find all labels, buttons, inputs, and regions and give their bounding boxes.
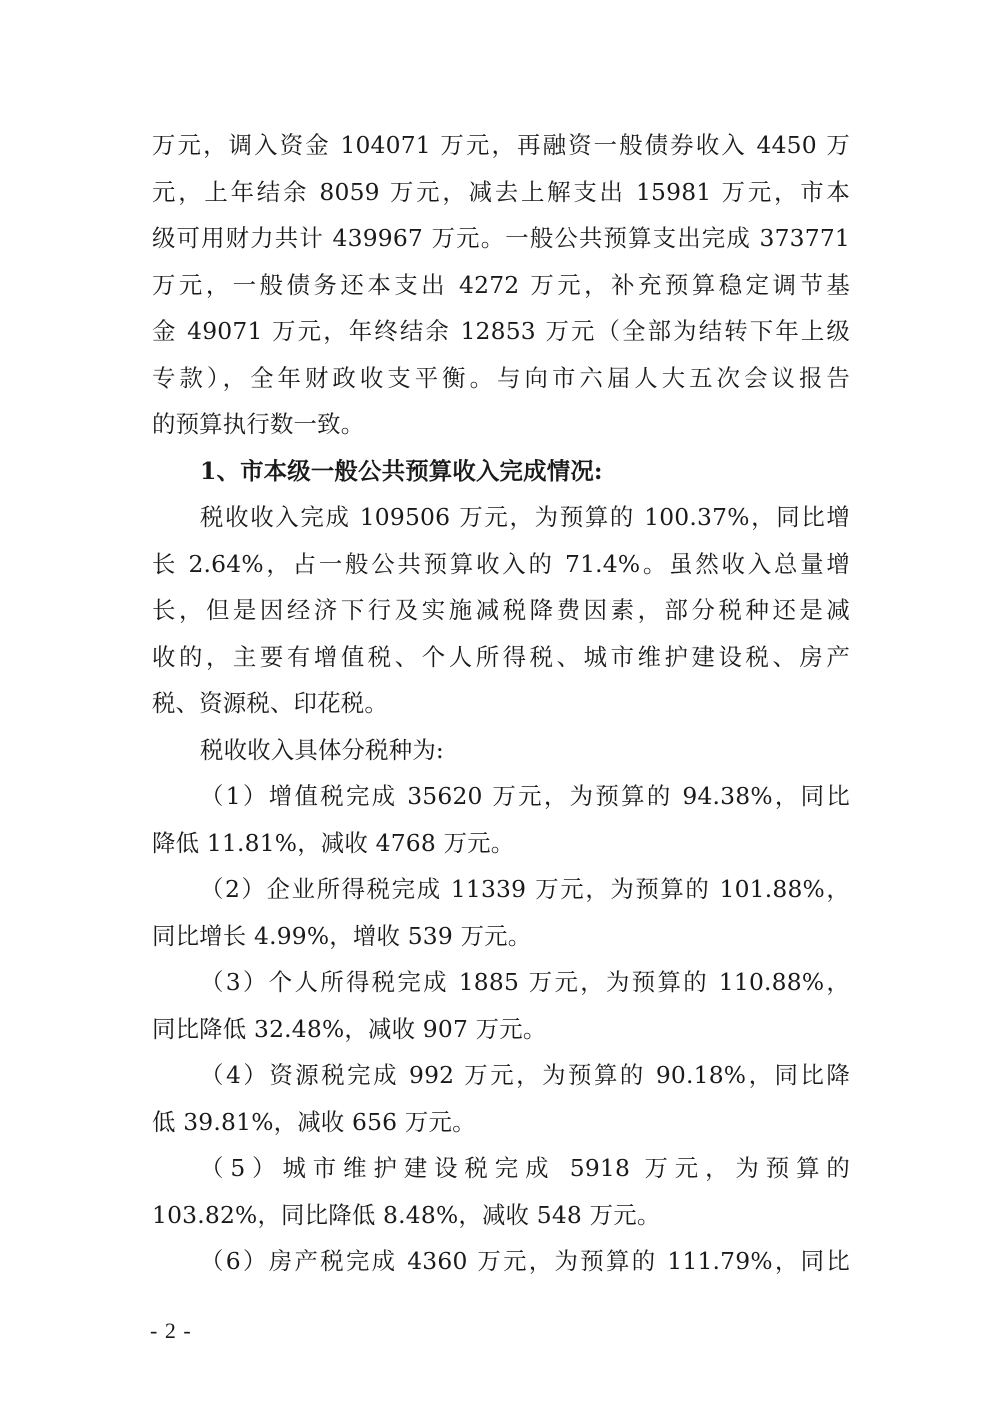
tax-item-line: （5）城市维护建设税完成 5918 万元，为预算的 — [152, 1145, 850, 1192]
tax-item-line: 同比增长 4.99%，增收 539 万元。 — [152, 913, 850, 960]
paragraph-line: 金 49071 万元，年终结余 12853 万元（全部为结转下年上级 — [152, 308, 850, 355]
tax-item-line: （2）企业所得税完成 11339 万元，为预算的 101.88%， — [152, 866, 850, 913]
page-number: - 2 - — [150, 1318, 192, 1344]
paragraph-line: 长 2.64%，占一般公共预算收入的 71.4%。虽然收入总量增 — [152, 541, 850, 588]
paragraph-line: 收的，主要有增值税、个人所得税、城市维护建设税、房产 — [152, 634, 850, 681]
tax-item-line: 降低 11.81%，减收 4768 万元。 — [152, 820, 850, 867]
document-page: 万元，调入资金 104071 万元，再融资一般债券收入 4450 万 元，上年结… — [0, 0, 1000, 1414]
tax-item-line: 低 39.81%，减收 656 万元。 — [152, 1099, 850, 1146]
tax-item-line: （3）个人所得税完成 1885 万元，为预算的 110.88%， — [152, 959, 850, 1006]
paragraph-line: 元，上年结余 8059 万元，减去上解支出 15981 万元，市本 — [152, 169, 850, 216]
paragraph-line: 税收收入完成 109506 万元，为预算的 100.37%，同比增 — [152, 494, 850, 541]
paragraph-line: 税、资源税、印花税。 — [152, 680, 850, 727]
document-body: 万元，调入资金 104071 万元，再融资一般债券收入 4450 万 元，上年结… — [152, 122, 850, 1285]
tax-item-line: （6）房产税完成 4360 万元，为预算的 111.79%，同比 — [152, 1238, 850, 1285]
paragraph-line: 的预算执行数一致。 — [152, 401, 850, 448]
tax-item-line: 同比降低 32.48%，减收 907 万元。 — [152, 1006, 850, 1053]
paragraph-line: 税收收入具体分税种为: — [152, 727, 850, 774]
paragraph-line: 万元，一般债务还本支出 4272 万元，补充预算稳定调节基 — [152, 262, 850, 309]
paragraph-line: 长，但是因经济下行及实施减税降费因素，部分税种还是减 — [152, 587, 850, 634]
paragraph-line: 级可用财力共计 439967 万元。一般公共预算支出完成 373771 — [152, 215, 850, 262]
paragraph-line: 专款），全年财政收支平衡。与向市六届人大五次会议报告 — [152, 355, 850, 402]
tax-item-line: （4）资源税完成 992 万元，为预算的 90.18%，同比降 — [152, 1052, 850, 1099]
paragraph-line: 万元，调入资金 104071 万元，再融资一般债券收入 4450 万 — [152, 122, 850, 169]
tax-item-line: （1）增值税完成 35620 万元，为预算的 94.38%，同比 — [152, 773, 850, 820]
section-heading: 1、市本级一般公共预算收入完成情况: — [152, 448, 850, 495]
tax-item-line: 103.82%，同比降低 8.48%，减收 548 万元。 — [152, 1192, 850, 1239]
